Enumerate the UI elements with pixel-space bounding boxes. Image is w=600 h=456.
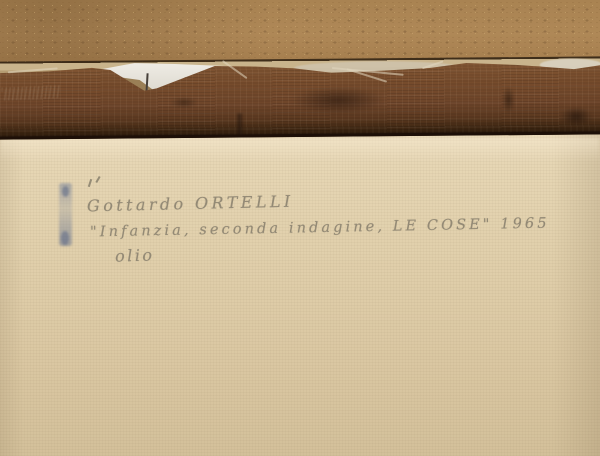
photo-back-of-painting: Gottardo ORTELLI "Infanzia, seconda inda…: [0, 0, 600, 456]
blue-pigment-dot: [62, 186, 69, 197]
wood-dark-streak: [237, 114, 242, 136]
illegible-pencil-mark: [2, 85, 61, 101]
wood-knot-right: [502, 86, 515, 113]
inscription-medium: olio: [115, 245, 155, 265]
canvas-verso: [0, 118, 600, 456]
blue-pigment-dot: [61, 231, 69, 245]
canvas-highlight: [0, 138, 600, 162]
wooden-stretcher-bar: [0, 56, 600, 139]
